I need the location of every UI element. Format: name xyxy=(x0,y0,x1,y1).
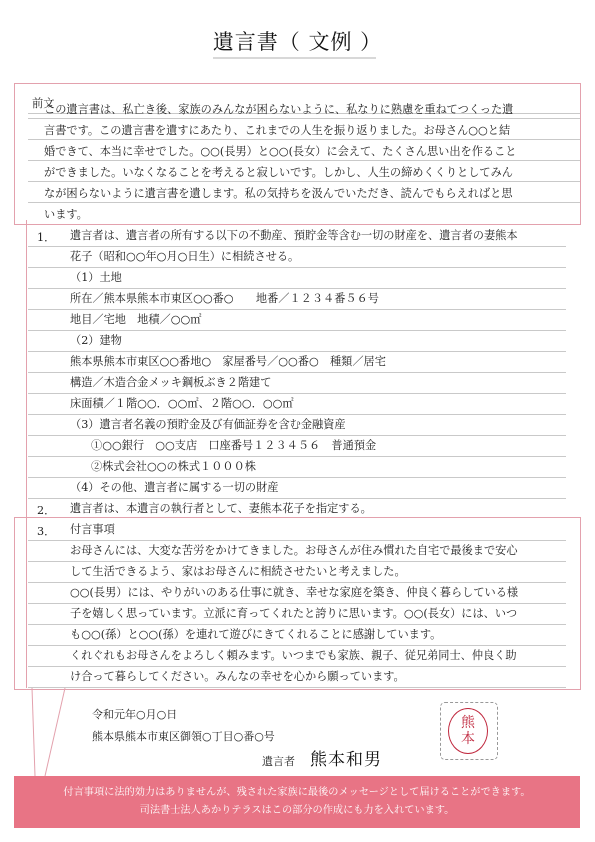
callout-banner: 付言事項に法的効力はありませんが、残された家族に最後のメッセージとして届けること… xyxy=(14,776,580,828)
supplementary-heading: 付言事項 xyxy=(70,523,115,536)
rule xyxy=(28,267,566,268)
rule xyxy=(28,456,566,457)
rule xyxy=(28,687,566,688)
rule xyxy=(28,202,580,203)
article-line: 遺言者は、本遺言の執行者として、妻熊本花子を指定する。 xyxy=(70,502,372,515)
estate-item: （4）その他、遺言者に属する一切の財産 xyxy=(70,481,279,494)
signature-address: 熊本県熊本市東区御領○丁目○番○号 xyxy=(92,730,275,743)
supplementary-line: して生活できるよう、家はお母さんに相続させたいと考えました。 xyxy=(70,565,406,578)
rule xyxy=(28,330,566,331)
rule xyxy=(28,393,566,394)
callout-line: 付言事項に法的効力はありませんが、残された家族に最後のメッセージとして届けること… xyxy=(14,784,580,802)
rule xyxy=(28,561,566,562)
preamble-line: います。 xyxy=(44,208,88,221)
article-line: 遺言者は、遺言者の所有する以下の不動産、預貯金等含む一切の財産を、遺言者の妻熊本 xyxy=(70,229,518,242)
rule xyxy=(28,139,580,140)
estate-item: （1）土地 xyxy=(70,271,122,284)
estate-item: （3）遺言者名義の預貯金及び有価証券を含む金融資産 xyxy=(70,418,346,431)
rule xyxy=(28,414,566,415)
supplementary-line: け合って暮らしてください。みんなの幸せを心から願っています。 xyxy=(70,670,405,683)
rule xyxy=(28,435,566,436)
supplementary-line: も○○(孫）と○○(孫）を連れて遊びにきてくれることに感謝しています。 xyxy=(70,628,441,641)
rule xyxy=(28,645,566,646)
preamble-line: 言書です。この遺言書を遺すにあたり、これまでの人生を振り返りました。お母さん○○… xyxy=(44,124,510,137)
rule xyxy=(28,288,566,289)
rule xyxy=(28,603,566,604)
preamble-line: ができました。いなくなることを考えると寂しいです。しかし、人生の締めくくりとして… xyxy=(44,166,513,179)
estate-item: 熊本県熊本市東区○○番地○ 家屋番号／○○番○ 種類／居宅 xyxy=(70,355,386,368)
estate-item: ①○○銀行 ○○支店 口座番号１２３４５６ 普通預金 xyxy=(91,439,376,452)
rule xyxy=(28,181,580,182)
supplementary-line: くれぐれもお母さんをよろしく頼みます。いつまでも家族、親子、従兄弟同士、仲良く助 xyxy=(70,649,517,662)
rule xyxy=(28,540,566,541)
estate-item: ②株式会社○○の株式１０００株 xyxy=(91,460,256,473)
estate-item: 構造／木造合金メッキ鋼板ぶき２階建て xyxy=(70,376,271,389)
signer-name: 熊本和男 xyxy=(310,745,382,770)
rule xyxy=(28,477,566,478)
signature-date: 令和元年○月○日 xyxy=(92,708,177,721)
margin-line xyxy=(26,517,27,688)
seal-char: 本 xyxy=(461,731,475,747)
supplementary-line: お母さんには、大変な苦労をかけてきました。お母さんが住み慣れた自宅で最後まで安心 xyxy=(70,544,518,557)
rule xyxy=(28,118,580,119)
preamble-line: この遺言書は、私亡き後、家族のみんなが困らないように、私なりに熟慮を重ねてつくっ… xyxy=(44,103,513,116)
article-number: 3． xyxy=(37,523,55,539)
title-underline xyxy=(213,57,376,59)
rule xyxy=(28,498,566,499)
preamble-line: 婚できて、本当に幸せでした。○○(長男）と○○(長女）に会えて、たくさん思い出を… xyxy=(44,145,516,158)
document-title: 遺言書（ 文例 ） xyxy=(0,26,595,56)
seal-stamp-icon: 熊 本 xyxy=(448,708,488,754)
signer-label: 遺言者 xyxy=(262,753,295,769)
article-number: 1． xyxy=(37,229,55,245)
article-number: 2． xyxy=(37,502,55,518)
estate-item: 所在／熊本県熊本市東区○○番○ 地番／１２３４番５６号 xyxy=(70,292,379,305)
rule xyxy=(28,160,580,161)
preamble-line: なが困らないように遺言書を遺します。私の気持ちを汲んでいただき、読んでもらえれば… xyxy=(44,187,513,200)
estate-item: 地目／宅地 地積／○○㎡ xyxy=(70,313,201,326)
rule xyxy=(28,246,566,247)
estate-item: （2）建物 xyxy=(70,334,122,347)
rule xyxy=(28,624,566,625)
article-line: 花子（昭和○○年○月○日生）に相続させる。 xyxy=(70,250,299,263)
callout-line: 司法書士法人あかりテラスはこの部分の作成にも力を入れています。 xyxy=(14,802,580,820)
seal-char: 熊 xyxy=(461,715,475,731)
supplementary-line: ○○(長男）には、やりがいのある仕事に就き、幸せな家庭を築き、仲良く暮らしている… xyxy=(70,586,518,599)
rule xyxy=(28,582,566,583)
rule xyxy=(28,666,566,667)
callout-connector xyxy=(20,688,80,788)
estate-item: 床面積／１階○○．○○㎡、２階○○．○○㎡ xyxy=(70,397,294,410)
supplementary-line: 子を嬉しく思っています。立派に育ってくれたと誇りに思います。○○(長女）には、い… xyxy=(70,607,517,620)
rule xyxy=(28,309,566,310)
rule xyxy=(28,372,566,373)
margin-line xyxy=(26,220,27,520)
rule xyxy=(28,351,566,352)
